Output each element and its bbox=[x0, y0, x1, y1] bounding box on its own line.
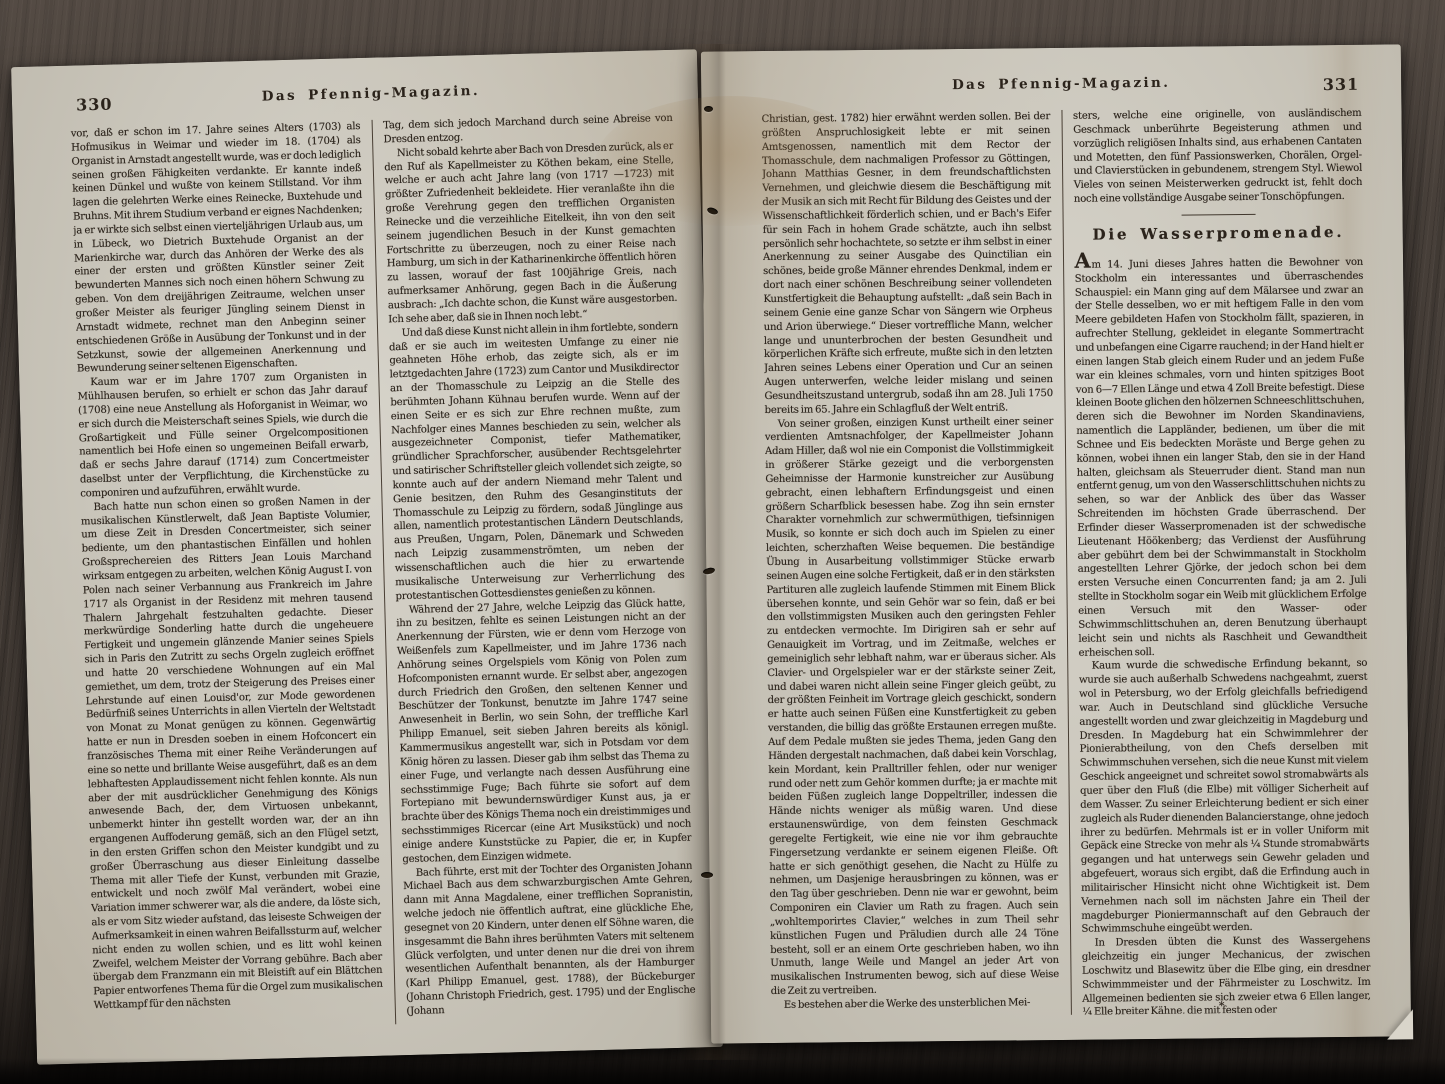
paragraph: Nicht sobald kehrte aber Bach von Dresde… bbox=[384, 140, 678, 327]
paragraph: Bach hatte nun schon einen so großen Nam… bbox=[80, 494, 383, 1014]
paragraph: Christian, gest. 1782) hier erwähnt werd… bbox=[761, 110, 1053, 418]
left-page: 330 Das Pfennig-Magazin. vor, daß er sch… bbox=[11, 49, 723, 1065]
left-page-column-1: vor, daß er schon im 17. Jahre seines Al… bbox=[71, 120, 384, 1032]
signature-mark: * bbox=[1219, 999, 1225, 1012]
paragraph: Kaum war er im Jahre 1707 zum Organisten… bbox=[77, 369, 370, 501]
paragraph: In Dresden übten die Kunst des Wassergeh… bbox=[1082, 934, 1371, 1015]
section-divider-rule bbox=[1181, 214, 1255, 216]
paragraph: vor, daß er schon im 17. Jahre seines Al… bbox=[71, 120, 367, 377]
right-page-header: Das Pfennig-Magazin. 331 bbox=[761, 71, 1361, 113]
left-page-columns: vor, daß er schon im 17. Jahre seines Al… bbox=[71, 112, 696, 1032]
article-heading: Die Wasserpromenade. bbox=[1074, 223, 1363, 244]
stitch-hole bbox=[704, 106, 713, 112]
right-page-columns: Christian, gest. 1782) hier erwähnt werd… bbox=[761, 107, 1370, 1018]
table-edge-shadow bbox=[0, 1058, 1445, 1084]
left-page-column-2: Tag, dem sich jedoch Marchand durch sein… bbox=[371, 112, 696, 1025]
paragraph: sters, welche eine originelle, von auslä… bbox=[1073, 107, 1362, 207]
paragraph: Es bestehen aber die Werke des unsterbli… bbox=[771, 996, 1060, 1013]
wood-table-surface: 330 Das Pfennig-Magazin. vor, daß er sch… bbox=[0, 0, 1445, 1084]
paragraph: Während der 27 Jahre, welche Leipzig das… bbox=[396, 596, 692, 867]
paragraph: Am 14. Juni dieses Jahres hatten die Bew… bbox=[1074, 250, 1367, 660]
running-title-right: Das Pfennig-Magazin. bbox=[761, 73, 1361, 95]
running-title-left: Das Pfennig-Magazin. bbox=[70, 78, 672, 110]
right-page: Das Pfennig-Magazin. 331 Christian, gest… bbox=[701, 44, 1411, 1043]
page-corner-fold bbox=[1387, 1009, 1413, 1039]
page-number-331: 331 bbox=[1323, 75, 1360, 94]
paragraph: Von seiner großen, einzigen Kunst urthei… bbox=[765, 415, 1060, 999]
paragraph: Bach führte, erst mit der Tochter des Or… bbox=[403, 859, 696, 1019]
right-page-column-2: sters, welche eine originelle, von auslä… bbox=[1061, 107, 1371, 1015]
stitch-hole bbox=[701, 872, 713, 878]
paragraph: Und daß diese Kunst nicht allein in ihm … bbox=[388, 319, 685, 603]
right-page-column-1: Christian, gest. 1782) hier erwähnt werd… bbox=[761, 110, 1059, 1018]
paragraph: Kaum wurde die schwedische Erfindung bek… bbox=[1079, 657, 1370, 937]
